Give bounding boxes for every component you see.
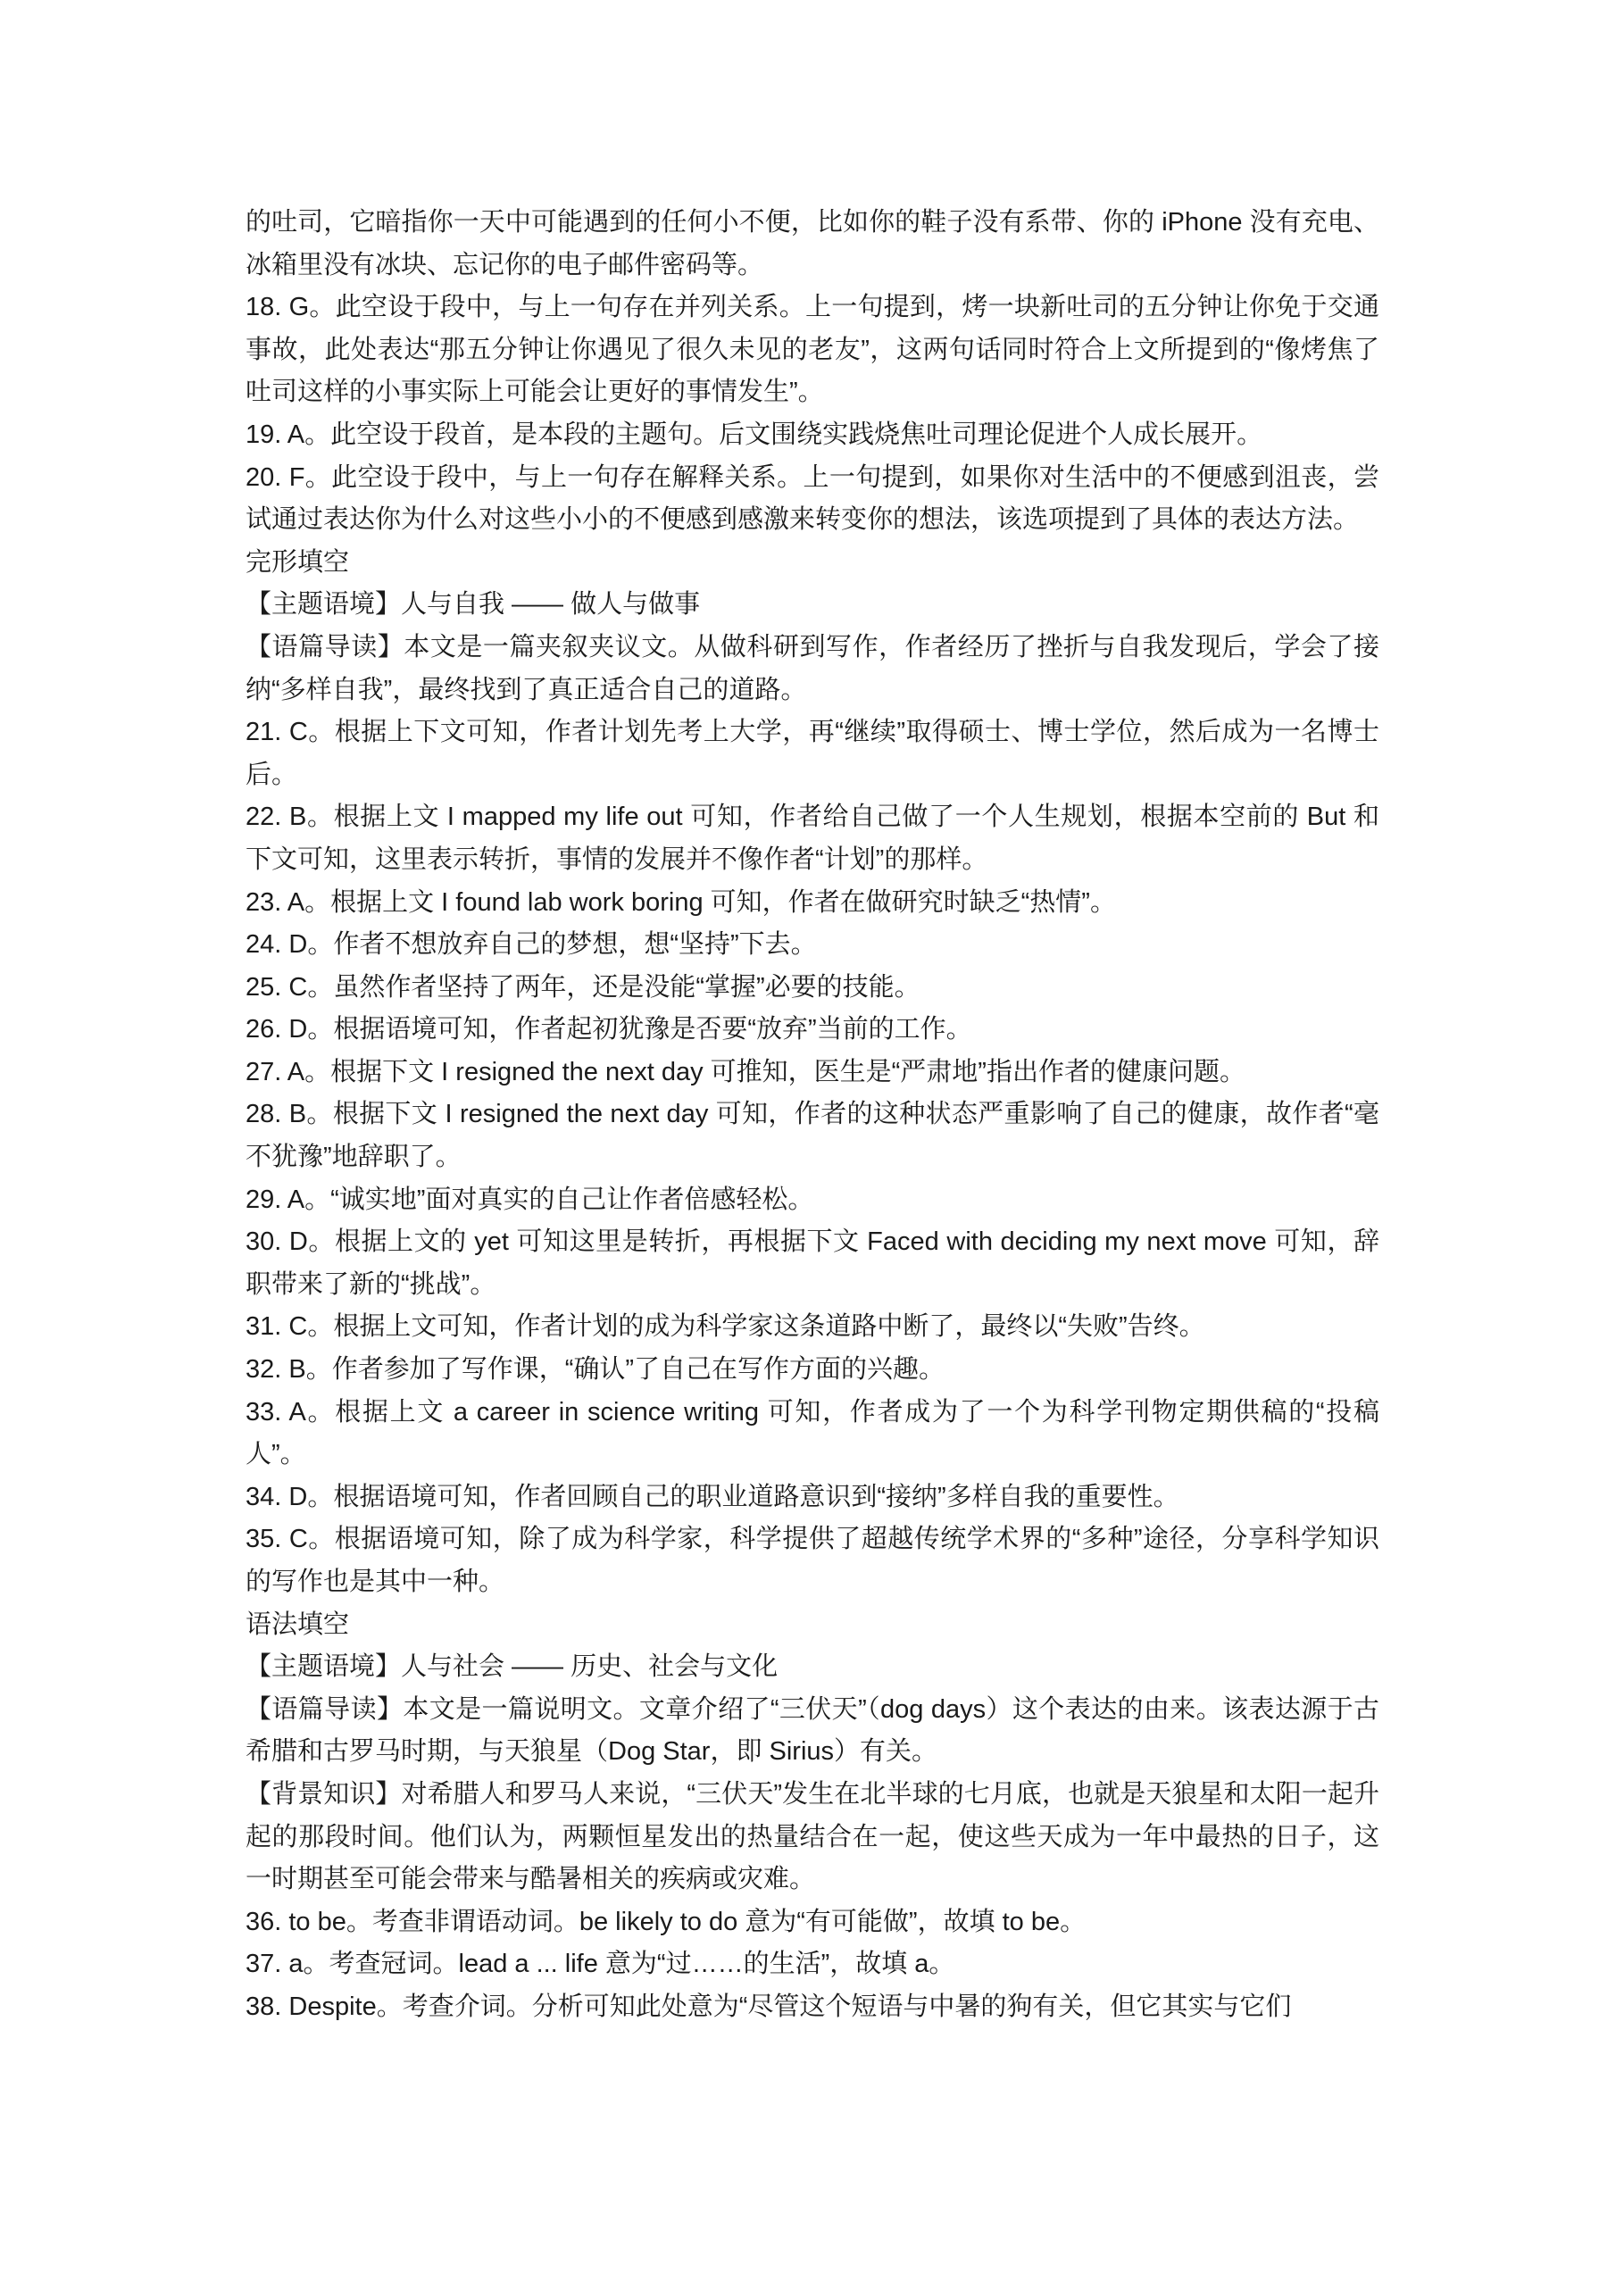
paragraph: 28. B。根据下文 I resigned the next day 可知，作者… (246, 1094, 1379, 1178)
paragraph: 20. F。此空设于段中，与上一句存在解释关系。上一句提到，如果你对生活中的不便… (246, 457, 1379, 542)
paragraph: 36. to be。考查非谓语动词。be likely to do 意为“有可能… (246, 1901, 1379, 1944)
paragraph: 25. C。虽然作者坚持了两年，还是没能“掌握”必要的技能。 (246, 967, 1379, 1010)
paragraph: 【主题语境】人与自我 —— 做人与做事 (246, 584, 1379, 627)
paragraph: 的吐司，它暗指你一天中可能遇到的任何小不便，比如你的鞋子没有系带、你的 iPho… (246, 202, 1379, 287)
paragraph: 【语篇导读】本文是一篇说明文。文章介绍了“三伏天”（dog days）这个表达的… (246, 1689, 1379, 1774)
paragraph: 【背景知识】对希腊人和罗马人来说，“三伏天”发生在北半球的七月底，也就是天狼星和… (246, 1774, 1379, 1901)
paragraph: 24. D。作者不想放弃自己的梦想，想“坚持”下去。 (246, 924, 1379, 967)
paragraph: 完形填空 (246, 542, 1379, 585)
paragraph: 38. Despite。考查介词。分析可知此处意为“尽管这个短语与中暑的狗有关，… (246, 1986, 1379, 2029)
paragraph: 29. A。“诚实地”面对真实的自己让作者倍感轻松。 (246, 1179, 1379, 1222)
paragraph: 34. D。根据语境可知，作者回顾自己的职业道路意识到“接纳”多样自我的重要性。 (246, 1477, 1379, 1519)
paragraph: 21. C。根据上下文可知，作者计划先考上大学，再“继续”取得硕士、博士学位，然… (246, 711, 1379, 796)
paragraph: 30. D。根据上文的 yet 可知这里是转折，再根据下文 Faced with… (246, 1221, 1379, 1306)
paragraph: 【语篇导读】本文是一篇夹叙夹议文。从做科研到写作，作者经历了挫折与自我发现后，学… (246, 627, 1379, 711)
document-page: 的吐司，它暗指你一天中可能遇到的任何小不便，比如你的鞋子没有系带、你的 iPho… (0, 0, 1624, 2296)
paragraph: 23. A。根据上文 I found lab work boring 可知，作者… (246, 882, 1379, 925)
paragraph: 32. B。作者参加了写作课，“确认”了自己在写作方面的兴趣。 (246, 1349, 1379, 1392)
paragraph: 18. G。此空设于段中，与上一句存在并列关系。上一句提到，烤一块新吐司的五分钟… (246, 287, 1379, 414)
paragraph: 语法填空 (246, 1604, 1379, 1647)
paragraph: 22. B。根据上文 I mapped my life out 可知，作者给自己… (246, 796, 1379, 881)
paragraph: 35. C。根据语境可知，除了成为科学家，科学提供了超越传统学术界的“多种”途径… (246, 1518, 1379, 1603)
paragraph: 31. C。根据上文可知，作者计划的成为科学家这条道路中断了，最终以“失败”告终… (246, 1306, 1379, 1349)
paragraph: 27. A。根据下文 I resigned the next day 可推知，医… (246, 1052, 1379, 1094)
paragraph: 26. D。根据语境可知，作者起初犹豫是否要“放弃”当前的工作。 (246, 1009, 1379, 1052)
paragraph: 19. A。此空设于段首，是本段的主题句。后文围绕实践烧焦吐司理论促进个人成长展… (246, 414, 1379, 457)
paragraph: 【主题语境】人与社会 —— 历史、社会与文化 (246, 1646, 1379, 1689)
document-text-block: 的吐司，它暗指你一天中可能遇到的任何小不便，比如你的鞋子没有系带、你的 iPho… (246, 202, 1379, 2029)
paragraph: 37. a。考查冠词。lead a ... life 意为“过……的生活”，故填… (246, 1943, 1379, 1986)
paragraph: 33. A。根据上文 a career in science writing 可… (246, 1392, 1379, 1477)
